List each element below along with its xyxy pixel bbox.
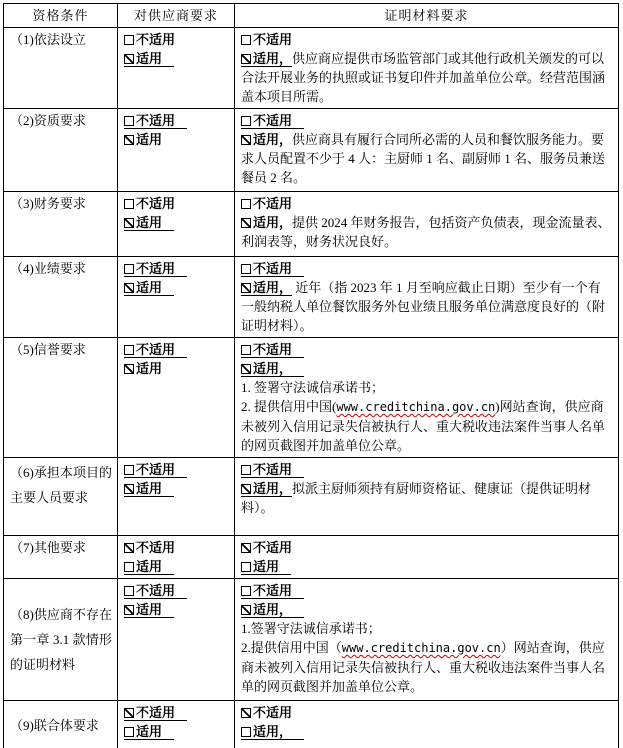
option-not-applicable: 不适用 [241, 583, 304, 599]
option-line: 不适用 [241, 581, 613, 600]
option-not-applicable: 不适用 [241, 261, 304, 277]
option-applicable: 适用， [241, 280, 292, 296]
checkbox-checked-icon[interactable] [241, 218, 251, 228]
option-line: 适用，提供 2024 年财务报告，包括资产负债表，现金流量表、利润表等，财务状况… [241, 213, 613, 251]
checkbox-checked-icon[interactable] [241, 543, 251, 553]
option-line: 不适用 [124, 340, 229, 359]
proof-material-cell: 不适用适用，供应商具有履行合同所必需的人员和餐饮服务能力。要求人员配置不少于 4… [235, 109, 619, 192]
option-line: 适用 [241, 557, 613, 576]
option-line: 适用 [124, 213, 229, 232]
option-not-applicable: 不适用 [241, 113, 304, 129]
option-not-applicable: 适用 [124, 559, 174, 575]
checkbox-checked-icon[interactable] [241, 708, 251, 718]
option-label: 不适用 [136, 540, 175, 555]
checkbox-checked-icon[interactable] [241, 135, 251, 145]
option-line: 不适用 [241, 111, 613, 130]
option-applicable: 适用， [241, 132, 292, 147]
condition-cell: （3)财务要求 [4, 192, 118, 257]
option-label: 适用， [253, 724, 292, 739]
option-line: 不适用 [241, 703, 613, 722]
option-label: 适用 [136, 280, 162, 295]
condition-cell: （8)供应商不存在第一章 3.1 款情形的证明材料 [4, 579, 118, 701]
option-not-applicable: 适用 [124, 724, 174, 740]
checkbox-unchecked-icon[interactable] [124, 35, 134, 45]
condition-cell: （7)其他要求 [4, 536, 118, 579]
option-not-applicable: 不适用 [124, 583, 187, 599]
option-label: 不适用 [136, 583, 175, 598]
option-applicable: 适用， [241, 481, 292, 497]
proof-material-cell: 不适用适用 [235, 536, 619, 579]
option-line: 不适用 [241, 30, 613, 49]
option-line: 适用 [124, 600, 229, 619]
checkbox-unchecked-icon[interactable] [241, 727, 251, 737]
option-line: 不适用 [241, 538, 613, 557]
table-row: （4)业绩要求不适用适用不适用适用， 近年（指 2023 年 1 月至响应截止日… [4, 257, 619, 338]
option-label: 不适用 [253, 705, 292, 720]
option-label: 不适用 [136, 32, 175, 47]
proof-material-cell: 不适用适用，提供 2024 年财务报告，包括资产负债表，现金流量表、利润表等，财… [235, 192, 619, 257]
option-applicable: 适用 [124, 51, 174, 67]
checkbox-unchecked-icon[interactable] [241, 264, 251, 274]
supplier-requirement-cell: 不适用适用 [118, 458, 235, 536]
table-header-row: 资格条件 对供应商要求 证明材料要求 [4, 4, 619, 28]
checkbox-unchecked-icon[interactable] [124, 586, 134, 596]
checkbox-unchecked-icon[interactable] [241, 586, 251, 596]
option-applicable: 适用 [124, 361, 162, 376]
option-not-applicable: 适用 [241, 559, 291, 575]
option-applicable: 适用， [241, 361, 304, 377]
checkbox-unchecked-icon[interactable] [124, 727, 134, 737]
option-line: 不适用 [241, 340, 613, 359]
option-line: 不适用 [241, 259, 613, 278]
proof-material-cell: 不适用适用，1.签署守法诚信承诺书；2.提供信用中国（www.creditchi… [235, 579, 619, 701]
condition-cell: （5)信誉要求 [4, 338, 118, 458]
option-label: 适用， [253, 481, 292, 496]
condition-cell: （4)业绩要求 [4, 257, 118, 338]
option-applicable: 不适用 [241, 705, 292, 720]
proof-material-cell: 不适用适用， [235, 701, 619, 748]
checkbox-unchecked-icon[interactable] [241, 35, 251, 45]
option-line: 适用 [124, 359, 229, 378]
option-line: 不适用 [124, 30, 229, 49]
checkbox-unchecked-icon[interactable] [124, 345, 134, 355]
option-applicable: 适用 [124, 481, 174, 497]
option-not-applicable: 不适用 [124, 342, 187, 358]
option-line: 适用，供应商具有履行合同所必需的人员和餐饮服务能力。要求人员配置不少于 4 人：… [241, 130, 613, 187]
option-label: 适用 [136, 559, 162, 574]
header-supplier-requirement: 对供应商要求 [118, 4, 235, 28]
table-row: （6)承担本项目的主要人员要求不适用适用不适用适用，拟派主厨师须持有厨师资格证、… [4, 458, 619, 536]
option-label: 不适用 [136, 342, 175, 357]
document-page: 资格条件 对供应商要求 证明材料要求 （1)依法设立不适用适用不适用适用，供应商… [0, 0, 623, 748]
option-line: 不适用 [241, 194, 613, 213]
option-applicable: 不适用 [124, 540, 175, 555]
option-line: 不适用 [124, 703, 229, 722]
option-line: 不适用 [124, 111, 229, 130]
option-applicable: 不适用 [241, 540, 292, 555]
table-row: （5)信誉要求不适用适用不适用适用，1. 签署守法诚信承诺书；2. 提供信用中国… [4, 338, 619, 458]
option-not-applicable: 不适用 [124, 261, 187, 277]
credit-china-url: www.creditchina.gov.cn [336, 400, 495, 414]
option-line: 适用， [241, 722, 613, 741]
header-proof-material: 证明材料要求 [235, 4, 619, 28]
checkbox-unchecked-icon[interactable] [241, 345, 251, 355]
option-line: 1.签署守法诚信承诺书； [241, 619, 613, 638]
option-line: 不适用 [124, 259, 229, 278]
option-not-applicable: 不适用 [241, 342, 304, 358]
supplier-requirement-cell: 不适用适用 [118, 536, 235, 579]
supplier-requirement-cell: 不适用适用 [118, 338, 235, 458]
qualification-table: 资格条件 对供应商要求 证明材料要求 （1)依法设立不适用适用不适用适用，供应商… [3, 3, 619, 748]
option-applicable: 适用 [124, 215, 174, 231]
option-label: 不适用 [136, 705, 175, 720]
proof-material-cell: 不适用适用，拟派主厨师须持有厨师资格证、健康证（提供证明材料）。 [235, 458, 619, 536]
supplier-requirement-cell: 不适用适用 [118, 109, 235, 192]
option-line: 2.提供信用中国（www.creditchina.gov.cn）网站查询，供应商… [241, 638, 613, 696]
checkbox-checked-icon[interactable] [124, 135, 134, 145]
option-label: 不适用 [253, 113, 292, 128]
checkbox-checked-icon[interactable] [124, 364, 134, 374]
checkbox-unchecked-icon[interactable] [124, 264, 134, 274]
condition-cell: （9)联合体要求 [4, 701, 118, 748]
checkbox-unchecked-icon[interactable] [241, 116, 251, 126]
checkbox-checked-icon[interactable] [241, 364, 251, 374]
option-label: 不适用 [136, 196, 175, 211]
option-line: 1. 签署守法诚信承诺书； [241, 378, 613, 397]
option-not-applicable: 不适用 [124, 196, 175, 211]
condition-cell: （2)资质要求 [4, 109, 118, 192]
option-applicable: 适用 [124, 132, 162, 147]
supplier-requirement-cell: 不适用适用 [118, 192, 235, 257]
option-not-applicable: 不适用 [241, 196, 292, 211]
option-not-applicable: 不适用 [241, 32, 292, 47]
option-line: 适用 [124, 479, 229, 498]
checkbox-checked-icon[interactable] [124, 283, 134, 293]
option-line: 不适用 [124, 581, 229, 600]
checkbox-unchecked-icon[interactable] [124, 116, 134, 126]
option-label: 适用 [136, 51, 162, 66]
checkbox-checked-icon[interactable] [124, 708, 134, 718]
supplier-requirement-cell: 不适用适用 [118, 579, 235, 701]
option-applicable: 适用， [241, 215, 292, 230]
option-line: 适用，供应商应提供市场监管部门或其他行政机关颁发的可以合法开展业务的执照或证书复… [241, 49, 613, 106]
option-label: 不适用 [253, 32, 292, 47]
checkbox-checked-icon[interactable] [124, 54, 134, 64]
checkbox-checked-icon[interactable] [124, 218, 134, 228]
supplier-requirement-cell: 不适用适用 [118, 28, 235, 109]
option-label: 不适用 [253, 342, 292, 357]
table-row: （9)联合体要求不适用适用不适用适用， [4, 701, 619, 748]
proof-text: 1. 签署守法诚信承诺书； [241, 380, 384, 395]
option-not-applicable: 不适用 [124, 462, 187, 478]
option-line: 适用，拟派主厨师须持有厨师资格证、健康证（提供证明材料）。 [241, 479, 613, 517]
option-line: 适用 [124, 557, 229, 576]
proof-text: 1.签署守法诚信承诺书； [241, 621, 381, 636]
supplier-requirement-cell: 不适用适用 [118, 701, 235, 748]
option-label: 适用， [253, 280, 292, 295]
option-line: 不适用 [124, 460, 229, 479]
condition-text: （4)业绩要求 [10, 261, 86, 276]
checkbox-checked-icon[interactable] [241, 54, 251, 64]
option-not-applicable: 适用， [241, 724, 304, 740]
checkbox-checked-icon[interactable] [124, 484, 134, 494]
option-label: 不适用 [253, 583, 292, 598]
option-label: 适用 [136, 724, 162, 739]
option-line: 不适用 [124, 538, 229, 557]
option-line: 适用 [124, 130, 229, 149]
condition-cell: （1)依法设立 [4, 28, 118, 109]
option-line: 适用， [241, 359, 613, 378]
option-label: 不适用 [136, 113, 175, 128]
option-applicable: 不适用 [124, 705, 187, 721]
checkbox-unchecked-icon[interactable] [241, 465, 251, 475]
option-label: 不适用 [253, 462, 292, 477]
option-label: 适用， [253, 361, 292, 376]
header-qualification-condition: 资格条件 [4, 4, 118, 28]
option-label: 适用， [253, 132, 292, 147]
option-applicable: 适用 [124, 602, 174, 618]
option-line: 适用 [124, 278, 229, 297]
option-label: 适用 [136, 215, 162, 230]
credit-china-url: www.creditchina.gov.cn [342, 641, 501, 655]
checkbox-unchecked-icon[interactable] [124, 199, 134, 209]
proof-text: 2. 提供信用中国( [241, 399, 336, 414]
option-label: 适用， [253, 215, 292, 230]
option-line: 适用 [124, 49, 229, 68]
option-label: 适用 [136, 132, 162, 147]
checkbox-unchecked-icon[interactable] [241, 199, 251, 209]
option-not-applicable: 不适用 [124, 113, 187, 129]
checkbox-unchecked-icon[interactable] [124, 465, 134, 475]
checkbox-checked-icon[interactable] [241, 283, 251, 293]
option-line: 适用， 近年（指 2023 年 1 月至响应截止日期）至少有一个有一般纳税人单位… [241, 278, 613, 335]
proof-text: 拟派主厨师须持有厨师资格证、健康证（提供证明材料）。 [241, 481, 591, 515]
condition-text: （2)资质要求 [10, 113, 86, 128]
table-row: （7)其他要求不适用适用不适用适用 [4, 536, 619, 579]
condition-text: （8)供应商不存在第一章 3.1 款情形的证明材料 [10, 607, 112, 672]
condition-text: （6)承担本项目的主要人员要求 [10, 465, 112, 505]
checkbox-checked-icon[interactable] [241, 484, 251, 494]
table-row: （8)供应商不存在第一章 3.1 款情形的证明材料不适用适用不适用适用，1.签署… [4, 579, 619, 701]
condition-text: （7)其他要求 [10, 540, 86, 555]
checkbox-checked-icon[interactable] [241, 605, 251, 615]
option-label: 不适用 [253, 540, 292, 555]
condition-text: （3)财务要求 [10, 196, 86, 211]
option-line: 适用， [241, 600, 613, 619]
option-line: 适用 [124, 722, 229, 741]
option-applicable: 适用， [241, 602, 304, 618]
option-line: 2. 提供信用中国(www.creditchina.gov.cn)网站查询，供应… [241, 397, 613, 455]
option-applicable: 适用 [124, 280, 174, 296]
option-label: 适用 [253, 559, 279, 574]
option-label: 适用 [136, 361, 162, 376]
option-not-applicable: 不适用 [124, 32, 175, 47]
condition-cell: （6)承担本项目的主要人员要求 [4, 458, 118, 536]
option-label: 适用 [136, 602, 162, 617]
option-label: 不适用 [136, 462, 175, 477]
proof-text: 供应商应提供市场监管部门或其他行政机关颁发的可以合法开展业务的执照或证书复印件并… [241, 51, 605, 104]
option-not-applicable: 不适用 [241, 462, 304, 478]
condition-text: （9)联合体要求 [10, 718, 99, 733]
option-label: 不适用 [253, 261, 292, 276]
proof-material-cell: 不适用适用，1. 签署守法诚信承诺书；2. 提供信用中国(www.creditc… [235, 338, 619, 458]
checkbox-unchecked-icon[interactable] [124, 562, 134, 572]
table-row: （3)财务要求不适用适用不适用适用，提供 2024 年财务报告，包括资产负债表，… [4, 192, 619, 257]
proof-text: 提供 2024 年财务报告，包括资产负债表，现金流量表、利润表等，财务状况良好。 [241, 215, 611, 249]
proof-text: 2.提供信用中国（ [241, 640, 342, 655]
option-label: 不适用 [253, 196, 292, 211]
proof-text: 近年（指 2023 年 1 月至响应截止日期）至少有一个有一般纳税人单位餐饮服务… [241, 280, 605, 333]
proof-material-cell: 不适用适用，供应商应提供市场监管部门或其他行政机关颁发的可以合法开展业务的执照或… [235, 28, 619, 109]
proof-material-cell: 不适用适用， 近年（指 2023 年 1 月至响应截止日期）至少有一个有一般纳税… [235, 257, 619, 338]
option-line: 不适用 [124, 194, 229, 213]
condition-text: （5)信誉要求 [10, 342, 86, 357]
supplier-requirement-cell: 不适用适用 [118, 257, 235, 338]
checkbox-unchecked-icon[interactable] [241, 562, 251, 572]
option-label: 适用， [253, 602, 292, 617]
option-label: 不适用 [136, 261, 175, 276]
condition-text: （1)依法设立 [10, 32, 86, 47]
table-row: （1)依法设立不适用适用不适用适用，供应商应提供市场监管部门或其他行政机关颁发的… [4, 28, 619, 109]
table-row: （2)资质要求不适用适用不适用适用，供应商具有履行合同所必需的人员和餐饮服务能力… [4, 109, 619, 192]
checkbox-checked-icon[interactable] [124, 605, 134, 615]
option-applicable: 适用， [241, 51, 292, 67]
option-label: 适用 [136, 481, 162, 496]
option-label: 适用， [253, 51, 292, 66]
option-line: 不适用 [241, 460, 613, 479]
checkbox-checked-icon[interactable] [124, 543, 134, 553]
proof-text: 供应商具有履行合同所必需的人员和餐饮服务能力。要求人员配置不少于 4 人：主厨师… [241, 132, 605, 185]
